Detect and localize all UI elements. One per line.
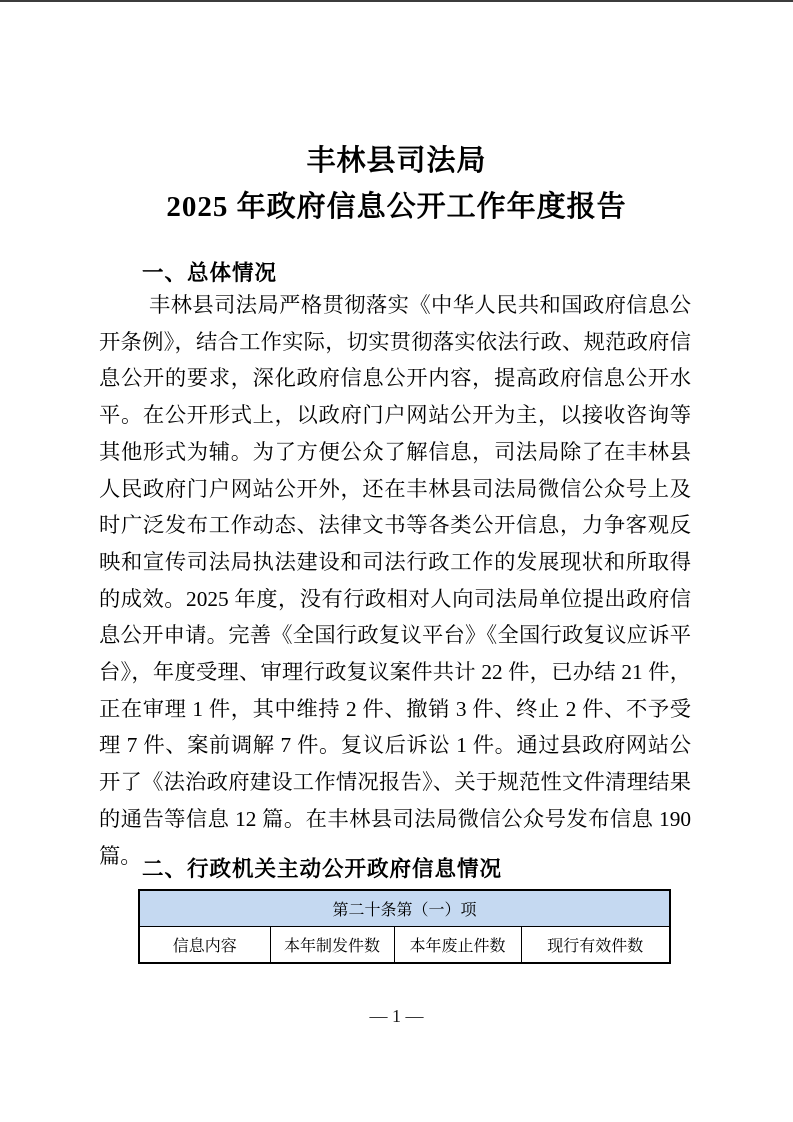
document-title: 丰林县司法局 2025 年政府信息公开工作年度报告 [0,138,793,230]
section-heading-overview: 一、总体情况 [99,258,693,288]
section-heading-proactive-disclosure: 二、行政机关主动公开政府信息情况 [99,854,693,884]
table-col-header-repealed-this-year: 本年废止件数 [394,926,521,963]
page-number: — 1 — [0,1004,793,1028]
table-col-header-info-content: 信息内容 [139,926,270,963]
title-line-1: 丰林县司法局 [0,138,793,184]
table-row-span-header: 第二十条第（一）项 [139,890,670,926]
table-col-header-issued-this-year: 本年制发件数 [270,926,394,963]
title-line-2: 2025 年政府信息公开工作年度报告 [0,184,793,230]
table-row-column-headers: 信息内容 本年制发件数 本年废止件数 现行有效件数 [139,926,670,963]
disclosure-table: 第二十条第（一）项 信息内容 本年制发件数 本年废止件数 现行有效件数 [138,889,671,964]
table-col-header-currently-effective: 现行有效件数 [521,926,670,963]
overview-paragraph: 丰林县司法局严格贯彻落实《中华人民共和国政府信息公开条例》，结合工作实际，切实贯… [99,287,691,874]
page-top-edge [0,0,793,2]
document-page: { "title": { "line1": "丰林县司法局", "line2":… [0,0,793,1122]
table-span-header-cell: 第二十条第（一）项 [139,890,670,926]
